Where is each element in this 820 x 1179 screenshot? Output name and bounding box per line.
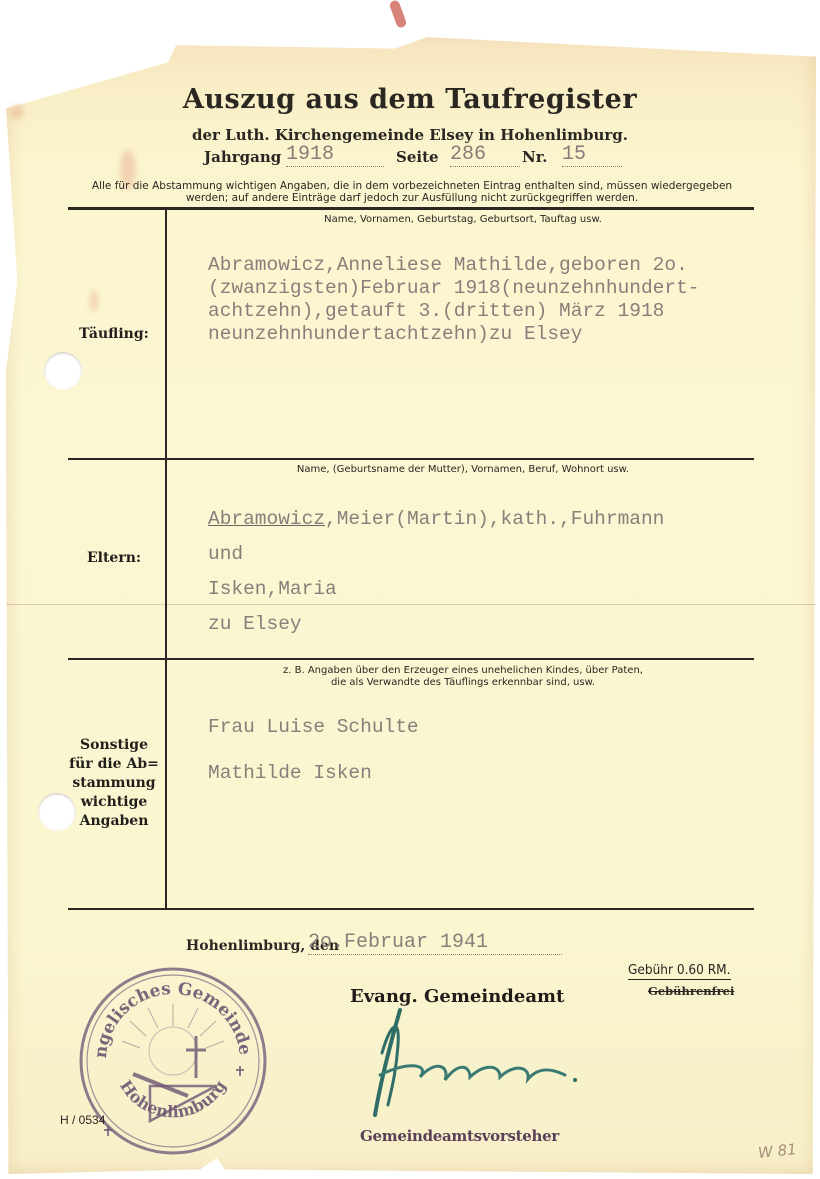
section-hint-eltern: Name, (Geburtsname der Mutter), Vornamen… [168,464,758,476]
hint-line-1: z. B. Angaben über den Erzeuger eines un… [168,665,758,677]
taeufling-line-4: neunzehnhundertachtzehn)zu Elsey [208,323,582,346]
svg-text:Hohenlimburg: Hohenlimburg [116,1077,230,1122]
father-details: ,Meier(Martin),kath.,Fuhrmann [325,508,664,530]
document-subtitle: der Luth. Kirchengemeinde Elsey in Hohen… [0,126,820,144]
register-reference: Jahrgang 1918 Seite 286 Nr. 15 [200,144,640,168]
sonstige-line-2: Mathilde Isken [208,762,372,785]
label-line: für die Ab= [62,755,166,774]
eltern-line-2: und [208,543,243,566]
jahrgang-value: 1918 [286,143,384,167]
section-hint-sonstige: z. B. Angaben über den Erzeuger eines un… [168,665,758,689]
fee-free-struck: Gebührenfrei [648,984,734,998]
eltern-line-3: Isken,Maria [208,578,337,601]
section-label-taeufling: Täufling: [62,325,166,344]
form-number: H / 0534 [60,1113,105,1127]
taeufling-line-1: Abramowicz,Anneliese Mathilde,geboren 2o… [208,254,688,277]
section-divider [68,658,754,660]
jahrgang-label: Jahrgang [204,148,281,166]
section-label-eltern: Eltern: [62,549,166,568]
section-divider [68,458,754,460]
notice-line-2: werden; auf andere Einträge darf jedoch … [62,192,762,204]
label-line: stammung [62,774,166,793]
taeufling-line-2: (zwanzigsten)Februar 1918(neunzehnhunder… [208,277,699,300]
signer-title-stamp: Gemeindeamtsvorsteher [360,1127,559,1145]
eltern-line-4: zu Elsey [208,613,302,636]
seite-label: Seite [396,148,439,166]
notice-line-1: Alle für die Abstammung wichtigen Angabe… [62,180,762,192]
seite-value: 286 [450,143,520,167]
eltern-line-1: Abramowicz,Meier(Martin),kath.,Fuhrmann [208,508,664,531]
label-line: wichtige [62,793,166,812]
table-top-rule [68,207,754,210]
fold-crease [6,604,816,605]
stain [90,290,98,312]
hint-line-2: die als Verwandte des Täuflings erkennba… [168,677,758,689]
instruction-notice: Alle für die Abstammung wichtigen Angabe… [62,180,762,204]
punch-hole [44,352,82,390]
signature-icon [360,1005,590,1125]
section-hint-taeufling: Name, Vornamen, Geburtstag, Geburtsort, … [168,214,758,226]
nr-label: Nr. [522,148,547,166]
section-label-sonstige: Sonstige für die Ab= stammung wichtige A… [62,736,166,831]
table-bottom-rule [68,908,754,910]
nr-value: 15 [562,143,622,167]
label-line: Sonstige [62,736,166,755]
taeufling-line-3: achtzehn),getauft 3.(dritten) März 1918 [208,300,664,323]
father-surname-underlined: Abramowicz [208,508,325,530]
fee-amount: Gebühr 0.60 RM. [628,962,731,980]
paper-tear-mark [389,0,408,29]
label-line: Angaben [62,812,166,831]
church-seal-icon: Evangelisches Gemeindeamt Hohenlimburg [78,966,268,1156]
office-name: Evang. Gemeindeamt [350,986,564,1007]
svg-text:Evangelisches Gemeindeamt: Evangelisches Gemeindeamt [78,966,255,1059]
document-title: Auszug aus dem Taufregister [0,84,820,115]
issue-date: 2o.Februar 1941 [308,931,562,955]
sonstige-line-1: Frau Luise Schulte [208,716,419,739]
